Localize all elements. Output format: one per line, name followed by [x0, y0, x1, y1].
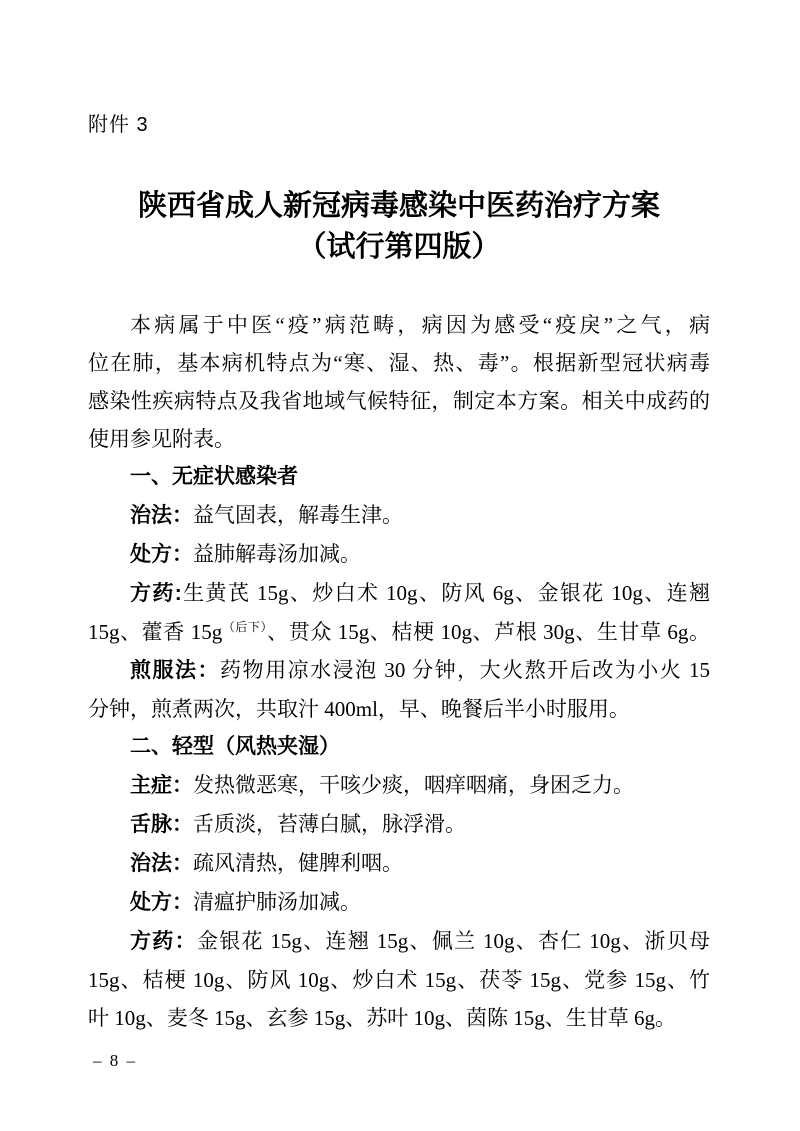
line-text: 、贯众 15g、桔梗 10g、芦根 30g、生甘草 6g。	[267, 620, 710, 644]
decoction-note-superscript: （后下）	[222, 620, 267, 634]
line-text: 益气固表，解毒生津。	[193, 503, 403, 527]
field-label: 治法：	[130, 852, 193, 875]
line-text: 舌质淡，苔薄白腻，脉浮滑。	[193, 812, 466, 836]
document-body: 本病属于中医“疫”病范畴，病因为感受“疫戾”之气，病 位在肺，基本病机特点为“寒…	[88, 306, 710, 1037]
prescription-line: 处方：清瘟护肺汤加减。	[88, 883, 710, 922]
heading-text: 二、轻型（风热夹湿）	[130, 735, 340, 758]
line-text: 15g、藿香 15g	[88, 620, 222, 644]
line-text: 叶 10g、麦冬 15g、玄参 15g、苏叶 10g、茵陈 15g、生甘草 6g…	[88, 1006, 676, 1030]
herbs-line: 方药：金银花 15g、连翘 15g、佩兰 10g、杏仁 10g、浙贝母	[88, 922, 710, 961]
field-label: 处方：	[130, 543, 193, 566]
line-text: 清瘟护肺汤加减。	[193, 890, 361, 914]
document-title: 陕西省成人新冠病毒感染中医药治疗方案 （试行第四版）	[88, 186, 710, 268]
attachment-label: 附件 3	[88, 112, 800, 138]
decoction-instructions-line: 分钟，煎煮两次，共取汁 400ml，早、晚餐后半小时服用。	[88, 690, 710, 728]
intro-line: 本病属于中医“疫”病范畴，病因为感受“疫戾”之气，病	[88, 306, 710, 344]
field-label: 舌脉：	[130, 813, 193, 836]
field-label: 主症：	[130, 774, 193, 797]
page-number: – 8 –	[93, 1051, 800, 1071]
decoction-instructions-line: 煎服法：药物用凉水浸泡 30 分钟，大火熬开后改为小火 15	[88, 651, 710, 690]
line-text: 疏风清热，健脾利咽。	[193, 851, 403, 875]
intro-line: 使用参见附表。	[88, 420, 710, 458]
field-label: 治法：	[130, 504, 193, 527]
herbs-line: 15g、藿香 15g（后下）、贯众 15g、桔梗 10g、芦根 30g、生甘草 …	[88, 613, 710, 651]
line-text: 生黄芪 15g、炒白术 10g、防风 6g、金银花 10g、连翘	[182, 581, 710, 605]
main-symptoms-line: 主症：发热微恶寒，干咳少痰，咽痒咽痛，身困乏力。	[88, 766, 710, 805]
heading-text: 一、无症状感染者	[130, 465, 298, 488]
section-heading-2: 二、轻型（风热夹湿）	[88, 728, 710, 766]
line-text: 感染性疾病特点及我省地域气候特征，制定本方案。相关中成药的	[88, 389, 710, 413]
herbs-line: 15g、桔梗 10g、防风 10g、炒白术 15g、茯苓 15g、党参 15g、…	[88, 961, 710, 999]
treatment-method-line: 治法：益气固表，解毒生津。	[88, 496, 710, 535]
field-label: 处方：	[130, 891, 193, 914]
intro-line: 位在肺，基本病机特点为“寒、湿、热、毒”。根据新型冠状病毒	[88, 344, 710, 382]
document-page: 附件 3 陕西省成人新冠病毒感染中医药治疗方案 （试行第四版） 本病属于中医“疫…	[0, 0, 800, 1131]
field-label: 方药：	[130, 930, 197, 953]
tongue-pulse-line: 舌脉：舌质淡，苔薄白腻，脉浮滑。	[88, 805, 710, 844]
line-text: 15g、桔梗 10g、防风 10g、炒白术 15g、茯苓 15g、党参 15g、…	[88, 968, 710, 992]
title-line-1: 陕西省成人新冠病毒感染中医药治疗方案	[88, 186, 710, 227]
herbs-line: 叶 10g、麦冬 15g、玄参 15g、苏叶 10g、茵陈 15g、生甘草 6g…	[88, 999, 710, 1037]
line-text: 位在肺，基本病机特点为“寒、湿、热、毒”。根据新型冠状病毒	[88, 351, 710, 375]
field-label: 方药:	[130, 582, 182, 605]
intro-line: 感染性疾病特点及我省地域气候特征，制定本方案。相关中成药的	[88, 382, 710, 420]
title-line-2: （试行第四版）	[88, 227, 710, 268]
field-label: 煎服法：	[130, 659, 220, 682]
line-text: 金银花 15g、连翘 15g、佩兰 10g、杏仁 10g、浙贝母	[197, 929, 710, 953]
line-text: 使用参见附表。	[88, 427, 235, 451]
line-text: 药物用凉水浸泡 30 分钟，大火熬开后改为小火 15	[220, 658, 710, 682]
section-heading-1: 一、无症状感染者	[88, 458, 710, 496]
treatment-method-line: 治法：疏风清热，健脾利咽。	[88, 844, 710, 883]
herbs-line: 方药:生黄芪 15g、炒白术 10g、防风 6g、金银花 10g、连翘	[88, 574, 710, 613]
line-text: 本病属于中医“疫”病范畴，病因为感受“疫戾”之气，病	[130, 313, 710, 337]
line-text: 益肺解毒汤加减。	[193, 542, 361, 566]
line-text: 分钟，煎煮两次，共取汁 400ml，早、晚餐后半小时服用。	[88, 697, 630, 721]
prescription-line: 处方：益肺解毒汤加减。	[88, 535, 710, 574]
line-text: 发热微恶寒，干咳少痰，咽痒咽痛，身困乏力。	[193, 773, 634, 797]
